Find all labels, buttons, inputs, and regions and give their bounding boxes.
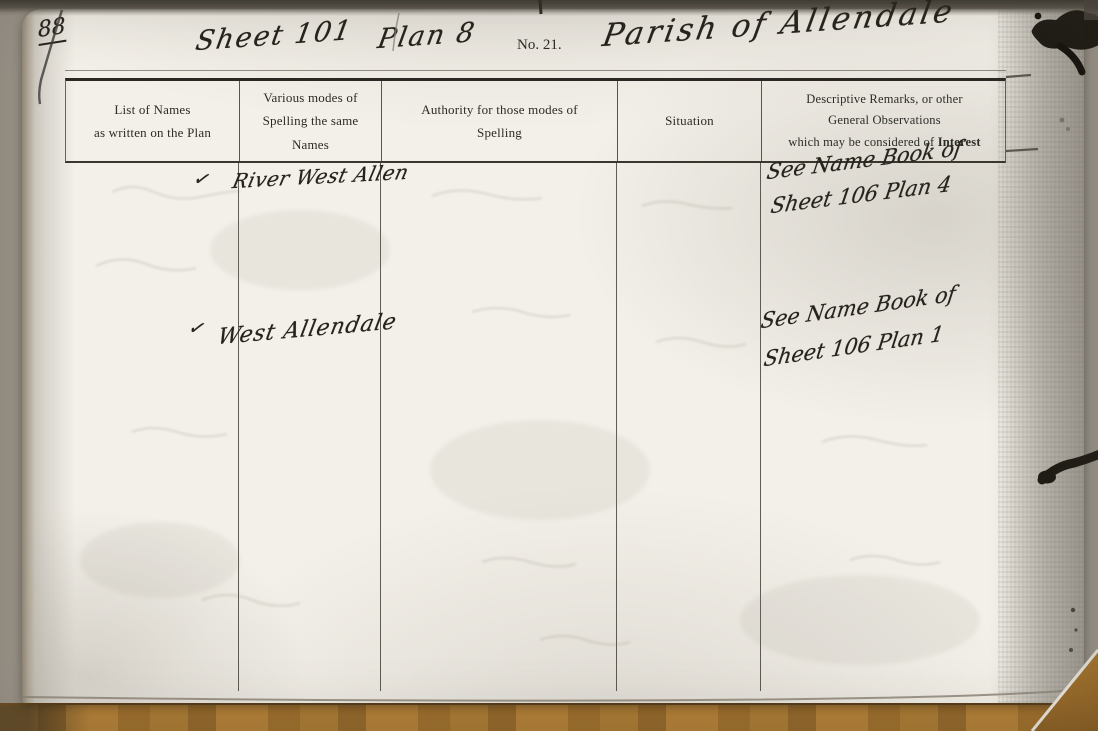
col-header-line: Various modes of <box>246 86 375 109</box>
top-rule-thin <box>65 70 1006 71</box>
col-header-line: General Observations <box>768 110 1001 131</box>
entry-2-checkmark: ✓ <box>186 316 205 340</box>
col-header-line: Situation <box>624 109 755 132</box>
col-header-authority: Authority for those modes of Spelling <box>381 81 617 161</box>
col-header-line: Spelling the same Names <box>246 109 375 156</box>
table-body <box>65 163 1006 691</box>
col-header-spelling-modes: Various modes of Spelling the same Names <box>239 81 381 161</box>
page-number-label: No. 21. <box>517 37 562 54</box>
desk-surface <box>0 703 1098 731</box>
col-header-line: Descriptive Remarks, or other <box>768 89 1001 110</box>
col-header-line: Authority for those modes of <box>388 98 611 121</box>
body-col-remarks <box>760 163 1006 691</box>
col-header-line: Spelling <box>388 121 611 144</box>
binding-gutter <box>998 9 1084 703</box>
torn-left-edge <box>22 9 44 703</box>
entry-1-checkmark: ✓ <box>191 167 210 191</box>
col-header-line: as written on the Plan <box>72 121 233 144</box>
col-header-names: List of Names as written on the Plan <box>66 81 239 161</box>
folio-number: 88 <box>37 14 66 46</box>
body-col-names <box>65 163 238 691</box>
col-header-line: List of Names <box>72 98 233 121</box>
body-col-spelling-modes <box>238 163 380 691</box>
scanned-name-book-photo: List of Names as written on the Plan Var… <box>0 0 1098 731</box>
col-header-situation: Situation <box>617 81 761 161</box>
body-col-authority <box>380 163 616 691</box>
body-col-situation <box>616 163 760 691</box>
